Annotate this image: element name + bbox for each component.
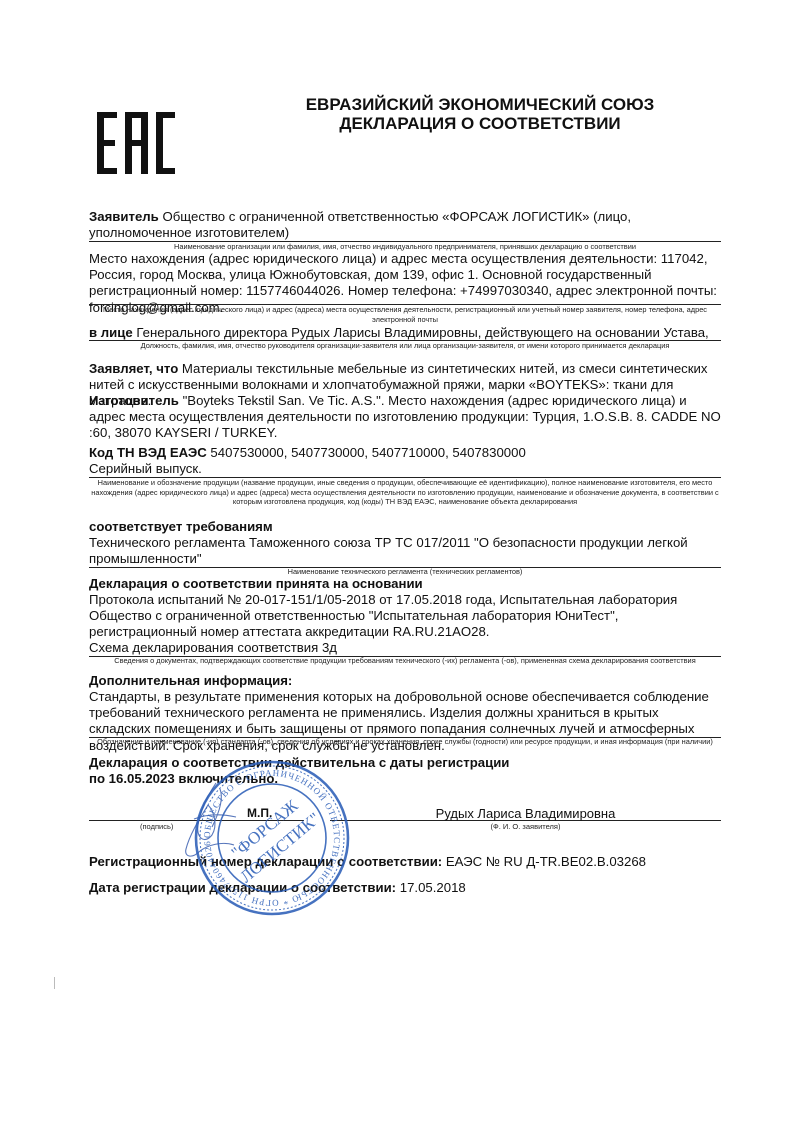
declaration-scheme: Схема декларирования соответствия 3д (89, 640, 721, 656)
hs-code-text: 5407530000, 5407730000, 5407710000, 5407… (210, 445, 525, 460)
eac-mark-icon (97, 112, 175, 174)
scan-edge-mark (54, 977, 55, 989)
requirements-text: Технического регламента Таможенного союз… (89, 535, 721, 567)
registration-date: Дата регистрации декларации о соответств… (89, 880, 721, 896)
additional-caption: Обозначение и наименование (-ия) стандар… (89, 737, 721, 747)
requirements-label: соответствует требованиям (89, 519, 721, 535)
signature-caption: (подпись) (140, 822, 173, 831)
registration-number-value: ЕАЭС № RU Д-TR.BE02.B.03268 (446, 854, 646, 869)
applicant-text: Общество с ограниченной ответственностью… (89, 209, 631, 240)
basis-text: Протокола испытаний № 20-017-151/1/05-20… (89, 592, 721, 641)
registration-date-value: 17.05.2018 (400, 880, 466, 895)
representative-label: в лице (89, 325, 133, 340)
name-caption: (Ф. И. О. заявителя) (330, 822, 721, 831)
declares-label: Заявляет, что (89, 361, 178, 376)
hs-code-label: Код ТН ВЭД ЕАЭС (89, 445, 207, 460)
representative-caption: Должность, фамилия, имя, отчество руково… (89, 341, 721, 351)
product-caption: Наименование и обозначение продукции (на… (89, 478, 721, 507)
applicant-section: Заявитель Общество с ограниченной ответс… (89, 209, 721, 241)
representative-section: в лице Генерального директора Рудых Лари… (89, 325, 721, 341)
hs-code-section: Код ТН ВЭД ЕАЭС 5407530000, 5407730000, … (89, 445, 721, 461)
manufacturer-label: Изготовитель (89, 393, 179, 408)
manufacturer-text: "Boyteks Tekstil San. Ve Tic. A.S.". Мес… (89, 393, 721, 440)
additional-label: Дополнительная информация: (89, 673, 721, 689)
validity-line1: Декларация о соответствии действительна … (89, 755, 721, 771)
basis-caption: Сведения о документах, подтверждающих со… (89, 656, 721, 666)
basis-label: Декларация о соответствии принята на осн… (89, 576, 721, 592)
representative-text: Генерального директора Рудых Ларисы Влад… (136, 325, 708, 340)
serial-release: Серийный выпуск. (89, 461, 721, 477)
company-stamp-icon: ОБЩЕСТВО С ОГРАНИЧЕННОЙ ОТВЕТСТВЕННОСТЬЮ… (192, 758, 352, 918)
address-caption: Место нахождения (адрес юридического лиц… (89, 305, 721, 324)
document-title: ДЕКЛАРАЦИЯ О СООТВЕТСТВИИ (250, 113, 710, 135)
applicant-label: Заявитель (89, 209, 159, 224)
applicant-name: Рудых Лариса Владимировна (330, 806, 721, 821)
manufacturer-section: Изготовитель "Boyteks Tekstil San. Ve Ti… (89, 393, 721, 442)
